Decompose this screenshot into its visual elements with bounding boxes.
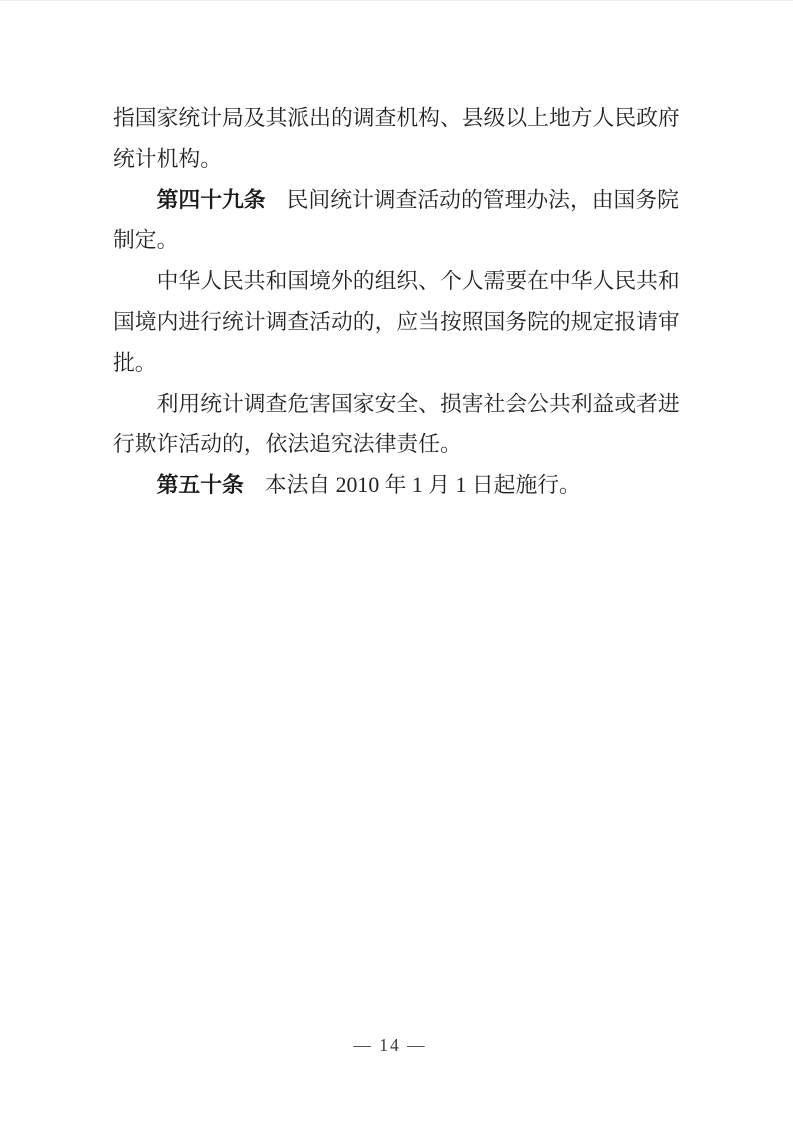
article-number-heading: 第五十条 xyxy=(157,472,244,497)
text-line: 第五十条本法自 2010 年 1 月 1 日起施行。 xyxy=(113,465,685,506)
article-number-heading: 第四十九条 xyxy=(157,187,266,212)
text-line: 利用统计调查危害国家安全、损害社会公共利益或者进 xyxy=(113,384,685,425)
text-line: 统计机构。 xyxy=(113,139,685,180)
text-line: 第四十九条民间统计调查活动的管理办法，由国务院 xyxy=(113,180,685,221)
text-line: 制定。 xyxy=(113,220,685,261)
text-line: 批。 xyxy=(113,343,685,384)
text-line-content: 民间统计调查活动的管理办法，由国务院 xyxy=(287,188,679,212)
document-body: 指国家统计局及其派出的调查机构、县级以上地方人民政府统计机构。第四十九条民间统计… xyxy=(113,98,685,506)
text-line-content: 本法自 2010 年 1 月 1 日起施行。 xyxy=(265,473,581,497)
text-line: 国境内进行统计调查活动的，应当按照国务院的规定报请审 xyxy=(113,302,685,343)
text-line: 中华人民共和国境外的组织、个人需要在中华人民共和 xyxy=(113,261,685,302)
page-number: — 14 — xyxy=(0,1032,780,1058)
text-line: 指国家统计局及其派出的调查机构、县级以上地方人民政府 xyxy=(113,98,685,139)
document-page: 指国家统计局及其派出的调查机构、县级以上地方人民政府统计机构。第四十九条民间统计… xyxy=(0,0,793,1122)
text-line: 行欺诈活动的，依法追究法律责任。 xyxy=(113,424,685,465)
